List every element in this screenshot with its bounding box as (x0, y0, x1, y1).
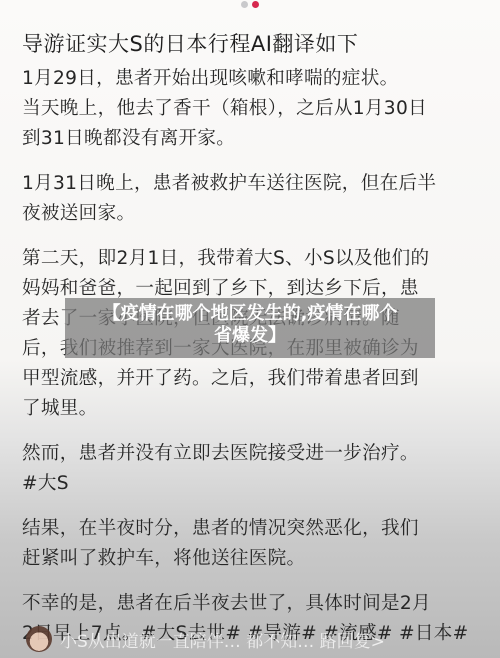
text-line: 当天晚上，他去了香干（箱根），之后从1月30日 (22, 94, 482, 124)
carousel-page-indicator (0, 0, 500, 10)
page-dot-1[interactable] (241, 1, 248, 8)
comment-ticker-text[interactable]: 小S从出道就一直陪伴… 都不知… 路回复> (60, 627, 385, 652)
text-line: 第二天，即2月1日，我带着大S、小S以及他们的 (22, 244, 482, 274)
post-title: 导游证实大S的日本行程AI翻译如下 (22, 28, 358, 58)
text-line: 赶紧叫了救护车，将他送往医院。 (22, 544, 482, 574)
text-line: 结果，在半夜时分，患者的情况突然恶化，我们 (22, 514, 482, 544)
text-line: 然而，患者并没有立即去医院接受进一步治疗。 (22, 439, 482, 469)
text-line: 不幸的是，患者在后半夜去世了，具体时间是2月 (22, 589, 482, 619)
post-body: 1月29日，患者开始出现咳嗽和哮喘的症状。 当天晚上，他去了香干（箱根），之后从… (22, 64, 482, 658)
text-line: 了城里。 (22, 394, 482, 424)
paragraph-4: 然而，患者并没有立即去医院接受进一步治疗。 #大S (22, 439, 482, 499)
text-line: 夜被送回家。 (22, 199, 482, 229)
hashtag-line[interactable]: #大S (22, 469, 482, 499)
paragraph-2: 1月31日晚上，患者被救护车送往医院，但在后半 夜被送回家。 (22, 169, 482, 229)
banner-line-1: 【疫情在哪个地区发生的,疫情在哪个 (65, 303, 435, 325)
user-avatar[interactable] (26, 626, 52, 652)
text-line: 甲型流感，并开了药。之后，我们带着患者回到 (22, 364, 482, 394)
text-line: 到31日晚都没有离开家。 (22, 124, 482, 154)
comment-ticker[interactable]: 小S从出道就一直陪伴… 都不知… 路回复> (26, 624, 486, 654)
text-line: 1月31日晚上，患者被救护车送往医院，但在后半 (22, 169, 482, 199)
page-dot-2-active[interactable] (252, 1, 259, 8)
text-line: 1月29日，患者开始出现咳嗽和哮喘的症状。 (22, 64, 482, 94)
headline-overlay-banner: 【疫情在哪个地区发生的,疫情在哪个 省爆发】 (65, 298, 435, 358)
banner-line-2: 省爆发】 (65, 325, 435, 347)
paragraph-5: 结果，在半夜时分，患者的情况突然恶化，我们 赶紧叫了救护车，将他送往医院。 (22, 514, 482, 574)
paragraph-1: 1月29日，患者开始出现咳嗽和哮喘的症状。 当天晚上，他去了香干（箱根），之后从… (22, 64, 482, 154)
